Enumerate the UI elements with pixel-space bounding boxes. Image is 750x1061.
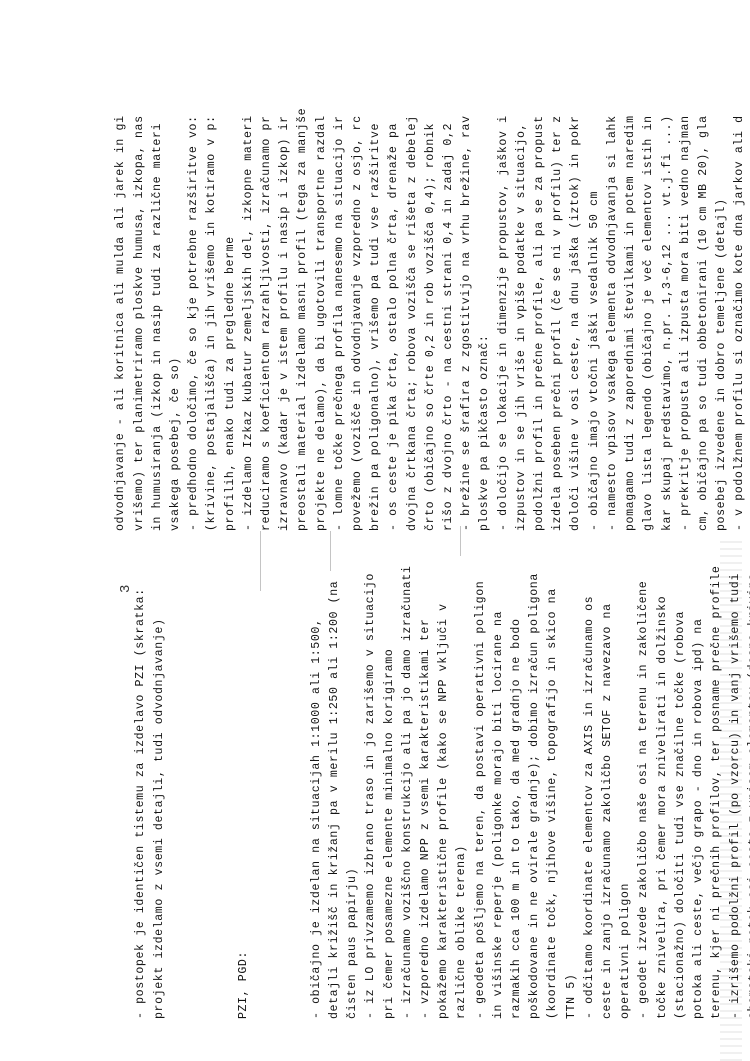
- text-line: črto (običajno so črte 0,2 in rob vozišč…: [422, 31, 440, 531]
- text-line: - običajno je izdelan na situacijah 1:10…: [308, 549, 326, 1019]
- text-line: podolžni profil in prečne profile, ali p…: [531, 31, 549, 531]
- text-line: (krivine, postajališča) in jih vrišemo i…: [203, 31, 221, 531]
- text-line: - iz LO privzamemo izbrano traso in jo z…: [362, 549, 380, 1019]
- text-line: pokažemo karakteristične profile (kako s…: [435, 549, 453, 1019]
- right-column: odvodnjavanje - ali koritnica ali mulda …: [0, 31, 750, 531]
- text-line: posebej izvedene in dobro temeljene (det…: [713, 31, 731, 531]
- left-column-body: - običajno je izdelan na situacijah 1:10…: [308, 549, 750, 1019]
- text-line: projekt izdelamo z vsemi detajli, tudi o…: [151, 549, 169, 1019]
- text-line: detajli križišč in križanj pa v merilu 1…: [326, 549, 344, 1019]
- text-line: - določijo se lokacije in dimenzije prop…: [495, 31, 513, 531]
- text-line: shematski potek osi ceste z vpisom eleme…: [745, 549, 750, 1019]
- text-line: - izrišemo podolžni profil (po vzorcu) i…: [727, 549, 745, 1019]
- left-column: - postopek je identičen tistemu za izdel…: [0, 549, 750, 1019]
- text-line: potoka ali ceste, večjo grapo - dno in r…: [690, 549, 708, 1019]
- scan-speck: [260, 531, 261, 591]
- text-line: odvodnjavanje - ali koritnica ali mulda …: [112, 31, 130, 531]
- text-line: - predhodno določimo, če so kje potrebne…: [185, 31, 203, 531]
- text-line: - brežine se šrafira z zgostitvijo na vr…: [458, 31, 476, 531]
- text-line: - običajno imajo vtočni jaški vsedalnik …: [586, 31, 604, 531]
- text-line: - prekritje propusta ali izpusta mora bi…: [677, 31, 695, 531]
- text-line: - izračunamo voziščno konstrukcijo ali p…: [399, 549, 417, 1019]
- section-heading: PZI, PGD:: [235, 549, 253, 1019]
- text-line: - namesto vpisov vsakega elementa odvodn…: [604, 31, 622, 531]
- text-line: razmakih cca 100 m in to tako, da med gr…: [508, 549, 526, 1019]
- text-line: - izdelamo Izkaz kubatur zemeljskih del,…: [240, 31, 258, 531]
- text-line: in višinske reperje (poligonke morajo bi…: [490, 549, 508, 1019]
- text-line: različne oblike terena): [453, 549, 471, 1019]
- text-line: izravnavo (kadar je v istem profilu i na…: [276, 31, 294, 531]
- text-line: vsakega posebej, če so): [167, 31, 185, 531]
- text-line: cm, običajno pa so tudi obbetonirani (10…: [695, 31, 713, 531]
- intro-paragraph: - postopek je identičen tistemu za izdel…: [132, 549, 168, 1019]
- text-line: - vzporedno izdelamo NPP z vsemi karakte…: [417, 549, 435, 1019]
- text-line: čisten paus papirju): [344, 549, 362, 1019]
- scan-speck: [330, 531, 331, 571]
- text-line: določi višine v osi ceste, na dnu jaška …: [567, 31, 585, 531]
- text-line: glavo lista legendo (običajno je več ele…: [640, 31, 658, 531]
- text-line: rišo z dvojno črto - na cestni strani 0,…: [440, 31, 458, 531]
- rotated-document-page: 3 - postopek je identičen tistemu za izd…: [0, 0, 750, 1061]
- text-line: poškodovane in ne ovirale gradnje); dobi…: [526, 549, 544, 1019]
- scan-speck: [460, 526, 461, 556]
- right-column-body: odvodnjavanje - ali koritnica ali mulda …: [112, 31, 750, 531]
- text-line: izpustov in se jih vriše in vpiše podatk…: [513, 31, 531, 531]
- text-line: brežin pa poligonalno), vrišemo pa tudi …: [367, 31, 385, 531]
- text-line: - geodet izvede zakoličbo naše osi na te…: [635, 549, 653, 1019]
- text-line: in humusiranja (izkop in nasip tudi za r…: [149, 31, 167, 531]
- text-line: - postopek je identičen tistemu za izdel…: [132, 549, 150, 1019]
- text-line: operativni poligon: [617, 549, 635, 1019]
- text-line: (koordinate točk, njihove višine, topogr…: [544, 549, 562, 1019]
- text-line: pomagamo tudi z zaporednimi številkami i…: [622, 31, 640, 531]
- text-line: - v podolžnem profilu si označimo kote d…: [731, 31, 749, 531]
- text-line: ceste in zanjo izračunamo zakoličbo SETO…: [599, 549, 617, 1019]
- text-line: profilih, enako tudi za pregledne berme: [222, 31, 240, 531]
- text-line: - lomne točke prečnega profila nanesemo …: [331, 31, 349, 531]
- text-line: ploskve pa pikčasto označ:: [476, 31, 494, 531]
- text-line: kar skupaj predstavimo, n.pr. 1,3-6,12 .…: [659, 31, 677, 531]
- text-line: (stacionažno) določiti tudi vse značilne…: [672, 549, 690, 1019]
- text-line: pri čemer posamezne elemente minimalno k…: [381, 549, 399, 1019]
- text-line: preostali material izdelamo masni profil…: [294, 31, 312, 531]
- text-line: izdela poseben prečni profil (če se ni v…: [549, 31, 567, 531]
- text-line: točke znivelira, pri čemer mora znivelir…: [654, 549, 672, 1019]
- text-line: terenu, kjer ni prečnih profilov, ter po…: [708, 549, 726, 1019]
- text-line: dvojna črtkana črta; robova vozišča se r…: [404, 31, 422, 531]
- text-line: vrišemo) ter planimetriramo ploskve humu…: [131, 31, 149, 531]
- text-line: - os ceste je pika črta, ostalo polna čr…: [385, 31, 403, 531]
- text-line: reduciramo s koeficientom razrahljivosti…: [258, 31, 276, 531]
- text-line: - geodeta pošljemo na teren, da postavi …: [472, 549, 490, 1019]
- text-line: povežemo (vozišče in odvodnjavanje vzpor…: [349, 31, 367, 531]
- text-line: projekte ne delamo), da bi ugotovili tra…: [313, 31, 331, 531]
- text-line: - odčitamo koordinate elementov za AXIS …: [581, 549, 599, 1019]
- text-line: TTN 5): [563, 549, 581, 1019]
